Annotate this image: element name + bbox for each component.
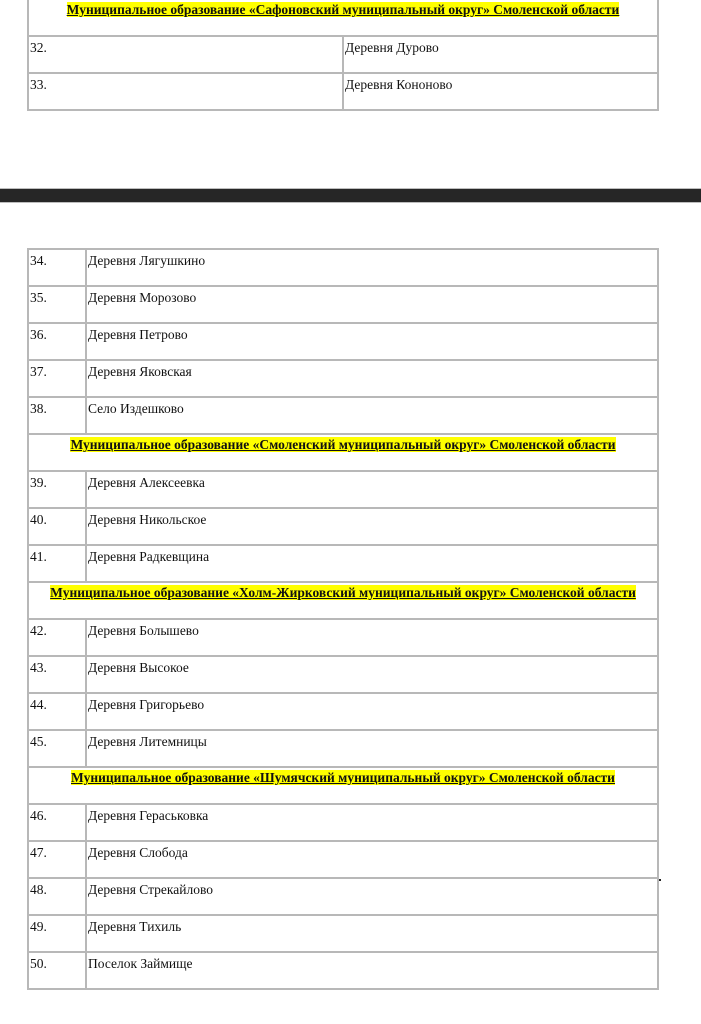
table-row: 46.Деревня Гераськовка bbox=[28, 804, 658, 841]
section-header-cell: Муниципальное образование «Шумячский мун… bbox=[28, 767, 658, 804]
settlement-name: Деревня Никольское bbox=[86, 508, 658, 545]
row-number: 35. bbox=[28, 286, 86, 323]
settlement-name: Деревня Морозово bbox=[86, 286, 658, 323]
settlement-name: Деревня Дурово bbox=[343, 36, 658, 73]
settlement-name: Деревня Алексеевка bbox=[86, 471, 658, 508]
table-row: 45.Деревня Литемницы bbox=[28, 730, 658, 767]
row-number: 45. bbox=[28, 730, 86, 767]
table-row: 49.Деревня Тихиль bbox=[28, 915, 658, 952]
row-number: 37. bbox=[28, 360, 86, 397]
row-number: 50. bbox=[28, 952, 86, 989]
table-row: 35.Деревня Морозово bbox=[28, 286, 658, 323]
settlement-name: Деревня Кононово bbox=[343, 73, 658, 110]
section-header-text: Муниципальное образование «Шумячский мун… bbox=[71, 770, 615, 785]
settlement-name: Деревня Слобода bbox=[86, 841, 658, 878]
settlements-table-page-2: 34.Деревня Лягушкино35.Деревня Морозово3… bbox=[27, 248, 659, 990]
table-row: 34.Деревня Лягушкино bbox=[28, 249, 658, 286]
row-number: 43. bbox=[28, 656, 86, 693]
settlement-name: Поселок Займище bbox=[86, 952, 658, 989]
row-number: 34. bbox=[28, 249, 86, 286]
stray-mark bbox=[659, 879, 661, 881]
settlement-name: Деревня Яковская bbox=[86, 360, 658, 397]
table-row: 39.Деревня Алексеевка bbox=[28, 471, 658, 508]
section-header-text: Муниципальное образование «Сафоновский м… bbox=[67, 2, 620, 17]
settlements-table-page-1: Муниципальное образование «Сафоновский м… bbox=[27, 0, 659, 111]
row-number: 42. bbox=[28, 619, 86, 656]
row-number: 40. bbox=[28, 508, 86, 545]
settlement-name: Деревня Петрово bbox=[86, 323, 658, 360]
section-header-row: Муниципальное образование «Холм-Жирковск… bbox=[28, 582, 658, 619]
section-header-cell: Муниципальное образование «Сафоновский м… bbox=[28, 0, 658, 36]
table-row: 41.Деревня Радкевщина bbox=[28, 545, 658, 582]
settlement-name: Деревня Стрекайлово bbox=[86, 878, 658, 915]
table-row: 37.Деревня Яковская bbox=[28, 360, 658, 397]
row-number: 38. bbox=[28, 397, 86, 434]
table-row: 44.Деревня Григорьево bbox=[28, 693, 658, 730]
settlement-name: Деревня Высокое bbox=[86, 656, 658, 693]
settlement-name: Деревня Болышево bbox=[86, 619, 658, 656]
section-header-text: Муниципальное образование «Холм-Жирковск… bbox=[50, 585, 636, 600]
settlement-name: Деревня Тихиль bbox=[86, 915, 658, 952]
table-row: 50.Поселок Займище bbox=[28, 952, 658, 989]
row-number: 44. bbox=[28, 693, 86, 730]
table-row: 36.Деревня Петрово bbox=[28, 323, 658, 360]
settlement-name: Деревня Лягушкино bbox=[86, 249, 658, 286]
table-row: 32. Деревня Дурово bbox=[28, 36, 658, 73]
row-number: 39. bbox=[28, 471, 86, 508]
table-row: 33. Деревня Кононово bbox=[28, 73, 658, 110]
table-row: 38.Село Издешково bbox=[28, 397, 658, 434]
table-row: 43.Деревня Высокое bbox=[28, 656, 658, 693]
settlement-name: Деревня Гераськовка bbox=[86, 804, 658, 841]
settlement-name: Деревня Литемницы bbox=[86, 730, 658, 767]
table-row: 48.Деревня Стрекайлово bbox=[28, 878, 658, 915]
settlement-name: Деревня Радкевщина bbox=[86, 545, 658, 582]
section-header-cell: Муниципальное образование «Холм-Жирковск… bbox=[28, 582, 658, 619]
row-number: 36. bbox=[28, 323, 86, 360]
table-row: 47.Деревня Слобода bbox=[28, 841, 658, 878]
table-row: 42.Деревня Болышево bbox=[28, 619, 658, 656]
section-header-text: Муниципальное образование «Смоленский му… bbox=[70, 437, 615, 452]
section-header-row: Муниципальное образование «Смоленский му… bbox=[28, 434, 658, 471]
row-number: 33. bbox=[28, 73, 343, 110]
settlement-name: Деревня Григорьево bbox=[86, 693, 658, 730]
settlement-name: Село Издешково bbox=[86, 397, 658, 434]
table-row: 40.Деревня Никольское bbox=[28, 508, 658, 545]
section-header-row: Муниципальное образование «Сафоновский м… bbox=[28, 0, 658, 36]
section-header-row: Муниципальное образование «Шумячский мун… bbox=[28, 767, 658, 804]
row-number: 46. bbox=[28, 804, 86, 841]
row-number: 41. bbox=[28, 545, 86, 582]
row-number: 47. bbox=[28, 841, 86, 878]
section-header-cell: Муниципальное образование «Смоленский му… bbox=[28, 434, 658, 471]
row-number: 32. bbox=[28, 36, 343, 73]
row-number: 48. bbox=[28, 878, 86, 915]
page-separator bbox=[0, 188, 701, 203]
row-number: 49. bbox=[28, 915, 86, 952]
